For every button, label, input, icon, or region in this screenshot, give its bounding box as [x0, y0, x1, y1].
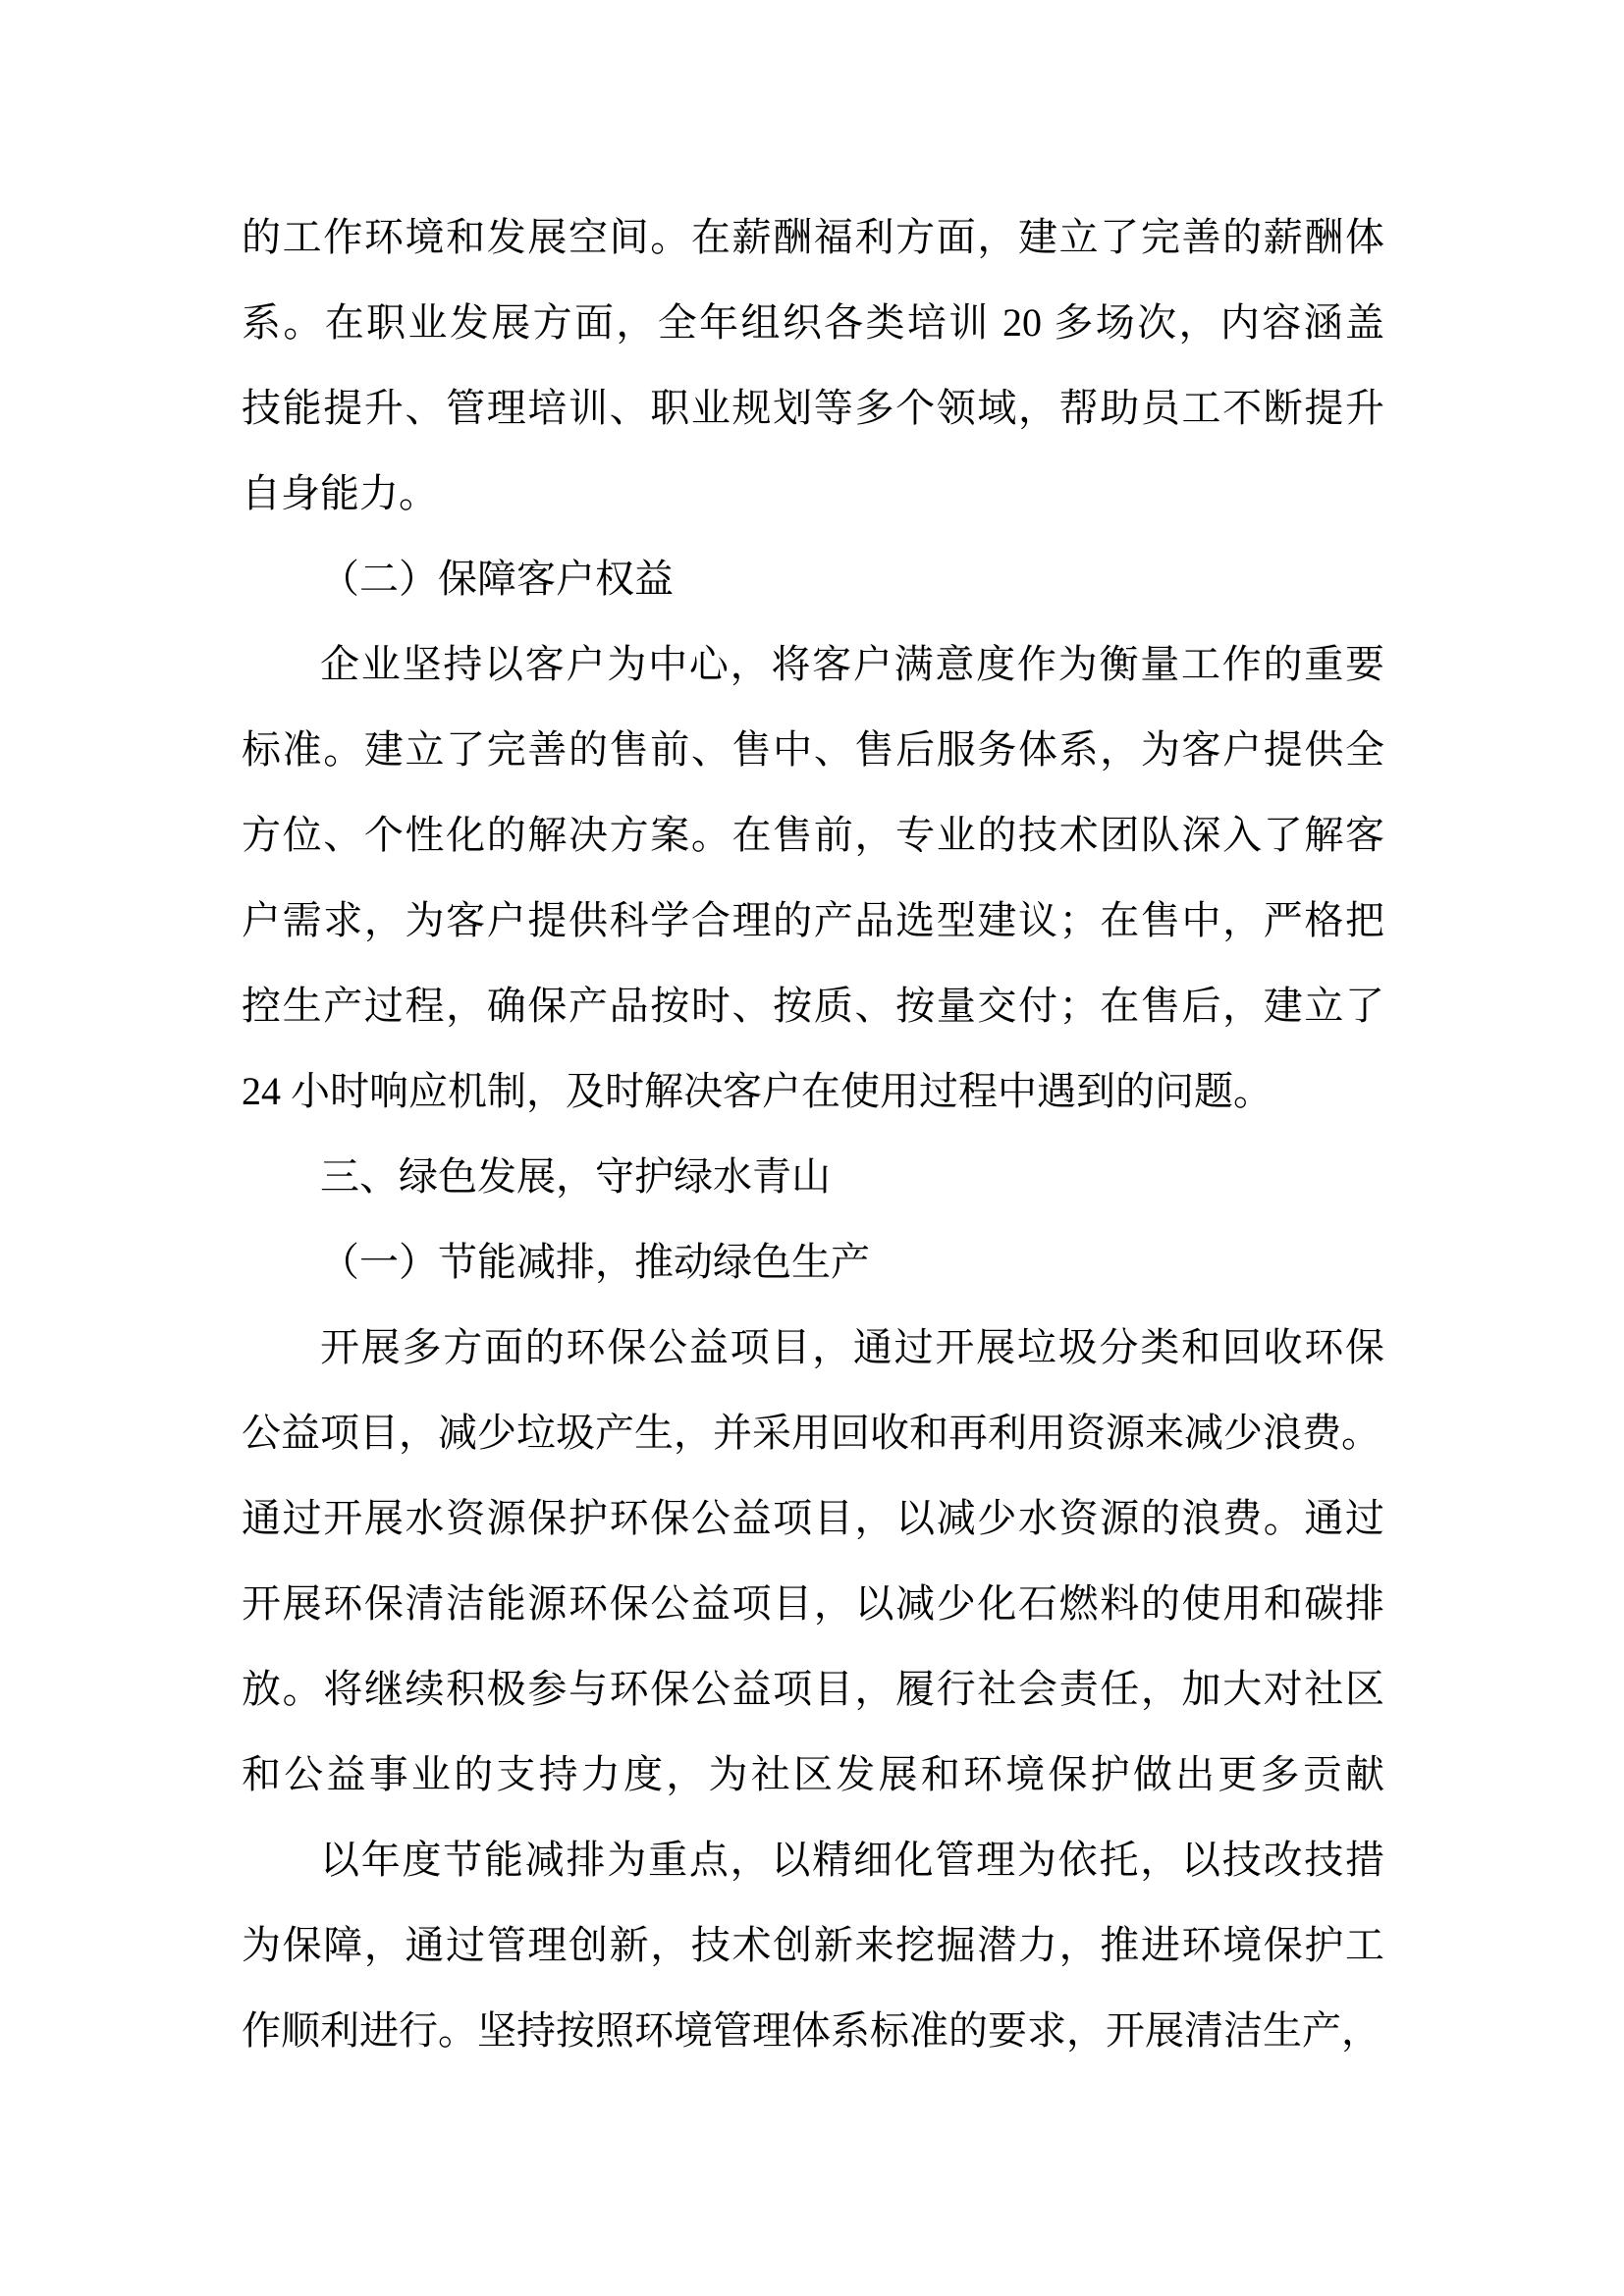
text-line: 作顺利进行。坚持按照环境管理体系标准的要求，开展清洁生产，: [242, 1988, 1384, 2073]
text-line: 户需求，为客户提供科学合理的产品选型建议；在售中，严格把: [242, 878, 1384, 963]
document-text-block: 的工作环境和发展空间。在薪酬福利方面，建立了完善的薪酬体系。在职业发展方面，全年…: [242, 194, 1384, 2073]
heading-line: （一）节能减排，推动绿色生产: [242, 1219, 1384, 1305]
text-line: 公益项目，减少垃圾产生，并采用回收和再利用资源来减少浪费。: [242, 1390, 1384, 1475]
text-line: 以年度节能减排为重点，以精细化管理为依托，以技改技措: [242, 1817, 1384, 1902]
heading-line: （二）保障客户权益: [242, 536, 1384, 621]
text-line: 企业坚持以客户为中心，将客户满意度作为衡量工作的重要: [242, 621, 1384, 707]
document-page: 的工作环境和发展空间。在薪酬福利方面，建立了完善的薪酬体系。在职业发展方面，全年…: [0, 0, 1624, 2296]
text-line: 自身能力。: [242, 451, 1384, 536]
text-line: 标准。建立了完善的售前、售中、售后服务体系，为客户提供全: [242, 707, 1384, 792]
text-line: 系。在职业发展方面，全年组织各类培训 20 多场次，内容涵盖: [242, 280, 1384, 365]
text-line: 的工作环境和发展空间。在薪酬福利方面，建立了完善的薪酬体: [242, 194, 1384, 280]
text-line: 放。将继续积极参与环保公益项目，履行社会责任，加大对社区: [242, 1646, 1384, 1732]
text-line: 技能提升、管理培训、职业规划等多个领域，帮助员工不断提升: [242, 365, 1384, 451]
text-line: 通过开展水资源保护环保公益项目，以减少水资源的浪费。通过: [242, 1475, 1384, 1561]
text-line: 24 小时响应机制，及时解决客户在使用过程中遇到的问题。: [242, 1048, 1384, 1134]
text-line: 开展环保清洁能源环保公益项目，以减少化石燃料的使用和碳排: [242, 1561, 1384, 1646]
text-line: 控生产过程，确保产品按时、按质、按量交付；在售后，建立了: [242, 963, 1384, 1048]
text-line: 开展多方面的环保公益项目，通过开展垃圾分类和回收环保: [242, 1305, 1384, 1390]
heading-line: 三、绿色发展，守护绿水青山: [242, 1134, 1384, 1219]
text-line: 为保障，通过管理创新，技术创新来挖掘潜力，推进环境保护工: [242, 1902, 1384, 1988]
text-line: 和公益事业的支持力度，为社区发展和环境保护做出更多贡献: [242, 1732, 1384, 1817]
text-line: 方位、个性化的解决方案。在售前，专业的技术团队深入了解客: [242, 792, 1384, 878]
